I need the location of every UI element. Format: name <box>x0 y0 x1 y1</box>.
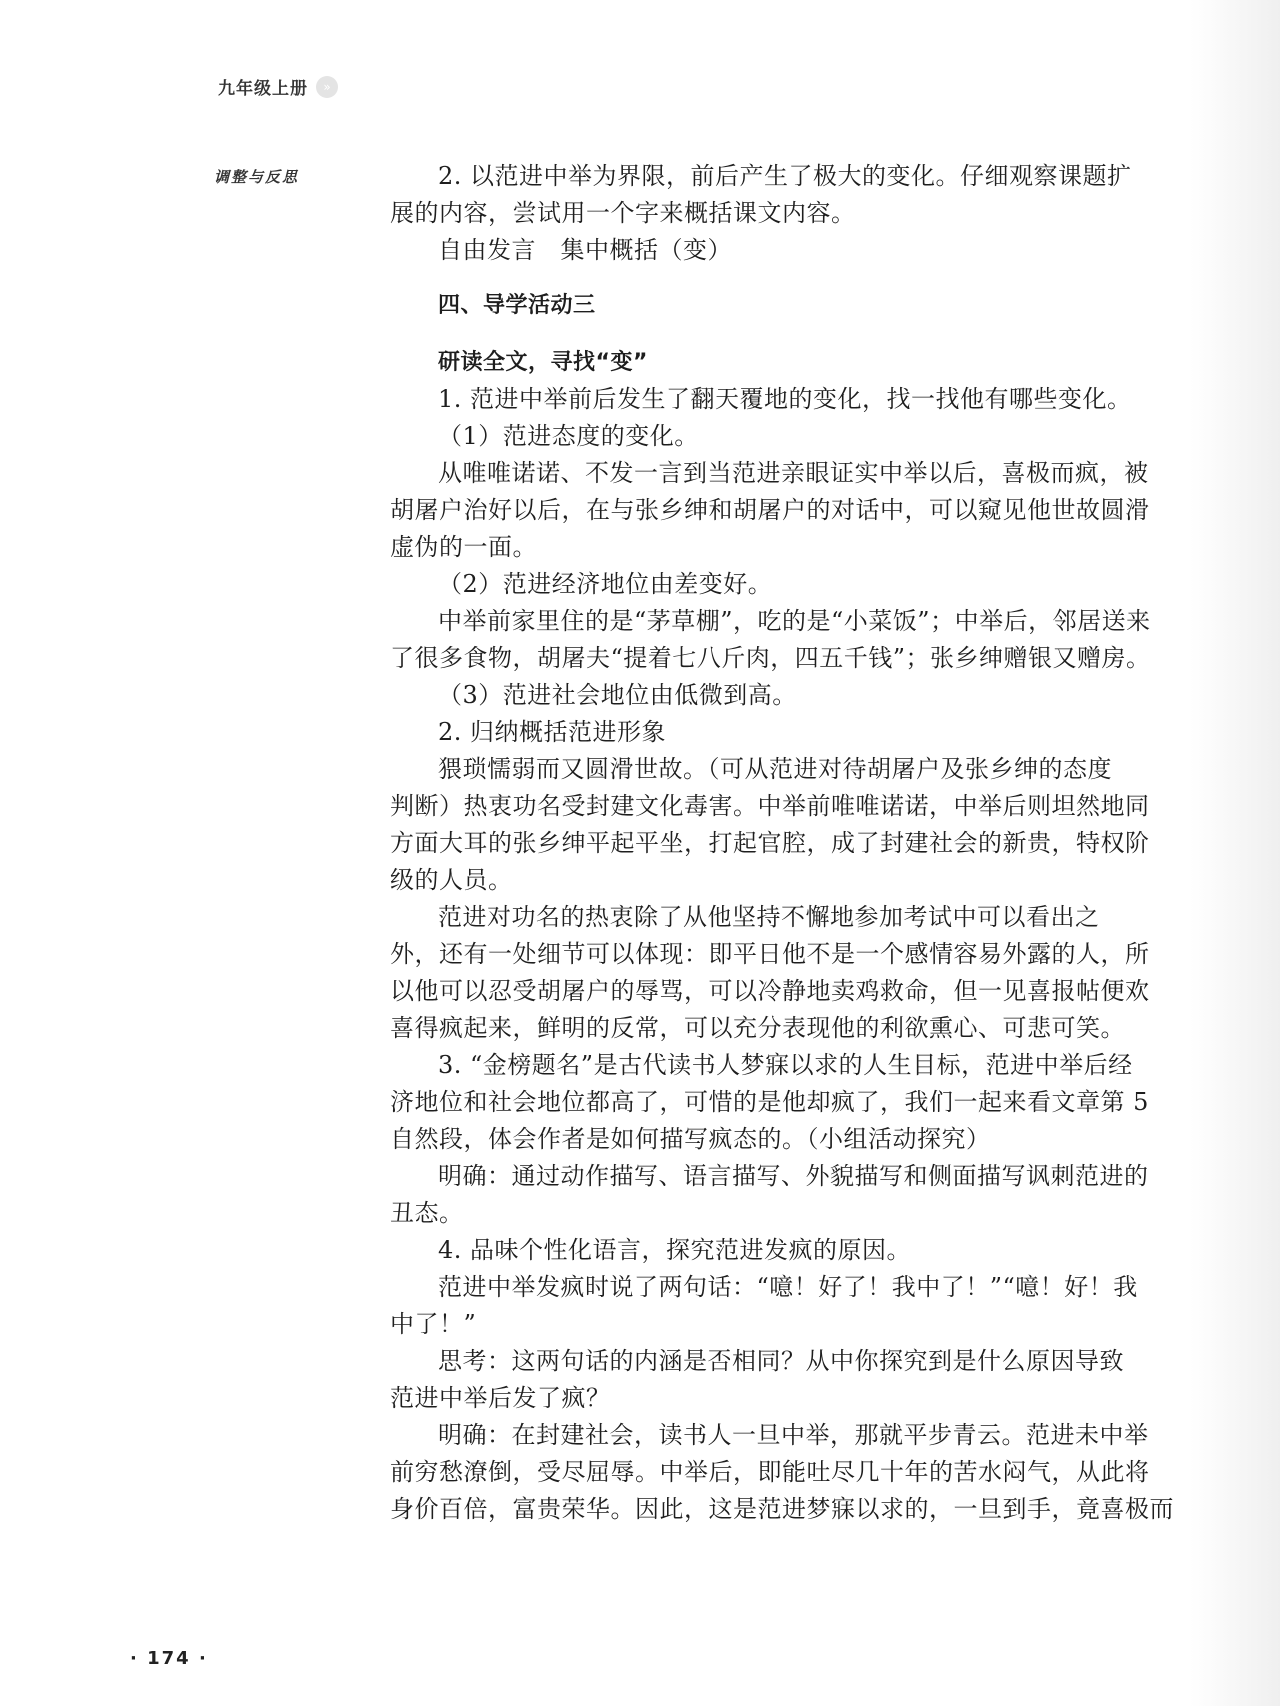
text-line: 自由发言 集中概括（变） <box>390 232 1150 269</box>
page-body: 2. 以范进中举为界限，前后产生了极大的变化。仔细观察课题扩 展的内容，尝试用一… <box>390 158 1150 1528</box>
text-line: 中举前家里住的是“茅草棚”，吃的是“小菜饭”；中举后，邻居送来 <box>390 603 1150 640</box>
text-line: 自然段，体会作者是如何描写疯态的。（小组活动探究） <box>390 1121 1150 1158</box>
text-line: 济地位和社会地位都高了，可惜的是他却疯了，我们一起来看文章第 5 <box>390 1084 1150 1121</box>
text-line: 方面大耳的张乡绅平起平坐，打起官腔，成了封建社会的新贵，特权阶 <box>390 825 1150 862</box>
text-line: 1. 范进中举前后发生了翻天覆地的变化，找一找他有哪些变化。 <box>390 381 1150 418</box>
text-line: 范进中举后发了疯？ <box>390 1380 1150 1417</box>
text-line: 从唯唯诺诺、不发一言到当范进亲眼证实中举以后，喜极而疯，被 <box>390 455 1150 492</box>
text-line: 猥琐懦弱而又圆滑世故。（可从范进对待胡屠户及张乡绅的态度 <box>390 751 1150 788</box>
text-line: 3. “金榜题名”是古代读书人梦寐以求的人生目标，范进中举后经 <box>390 1047 1150 1084</box>
text-line: 范进对功名的热衷除了从他坚持不懈地参加考试中可以看出之 <box>390 899 1150 936</box>
text-line: 了很多食物，胡屠夫“提着七八斤肉，四五千钱”；张乡绅赠银又赠房。 <box>390 640 1150 677</box>
running-header: 九年级上册 » <box>218 74 338 99</box>
text-line: 身价百倍，富贵荣华。因此，这是范进梦寐以求的，一旦到手，竟喜极而 <box>390 1491 1150 1528</box>
text-line: 中了！” <box>390 1306 1150 1343</box>
text-line: 以他可以忍受胡屠户的辱骂，可以冷静地卖鸡救命，但一见喜报帖便欢 <box>390 973 1150 1010</box>
text-line: 虚伪的一面。 <box>390 529 1150 566</box>
text-line: 范进中举发疯时说了两句话：“噫！好了！我中了！”“噫！好！我 <box>390 1269 1150 1306</box>
margin-note-label: 调整与反思 <box>214 166 299 187</box>
text-line: 前穷愁潦倒，受尽屈辱。中举后，即能吐尽几十年的苦水闷气，从此将 <box>390 1454 1150 1491</box>
text-line: 明确：通过动作描写、语言描写、外貌描写和侧面描写讽刺范进的 <box>390 1158 1150 1195</box>
text-line: 4. 品味个性化语言，探究范进发疯的原因。 <box>390 1232 1150 1269</box>
text-line: 2. 归纳概括范进形象 <box>390 714 1150 751</box>
text-line: 喜得疯起来，鲜明的反常，可以充分表现他的利欲熏心、可悲可笑。 <box>390 1010 1150 1047</box>
page-edge-shadow <box>1190 0 1280 1706</box>
text-line: 判断）热衷功名受封建文化毒害。中举前唯唯诺诺，中举后则坦然地同 <box>390 788 1150 825</box>
text-line: 胡屠户治好以后，在与张乡绅和胡屠户的对话中，可以窥见他世故圆滑 <box>390 492 1150 529</box>
text-line: （1）范进态度的变化。 <box>390 418 1150 455</box>
text-line: 明确：在封建社会，读书人一旦中举，那就平步青云。范进未中举 <box>390 1417 1150 1454</box>
text-line: （3）范进社会地位由低微到高。 <box>390 677 1150 714</box>
section-heading: 四、导学活动三 <box>390 287 1150 324</box>
page-number: · 174 · <box>130 1648 208 1669</box>
text-line: 思考：这两句话的内涵是否相同？从中你探究到是什么原因导致 <box>390 1343 1150 1380</box>
text-line: 2. 以范进中举为界限，前后产生了极大的变化。仔细观察课题扩 <box>390 158 1150 195</box>
text-line: 外，还有一处细节可以体现：即平日他不是一个感情容易外露的人，所 <box>390 936 1150 973</box>
book-volume-title: 九年级上册 <box>218 74 308 99</box>
text-line: 丑态。 <box>390 1195 1150 1232</box>
text-line: （2）范进经济地位由差变好。 <box>390 566 1150 603</box>
text-line: 级的人员。 <box>390 862 1150 899</box>
section-subheading: 研读全文，寻找“变” <box>390 344 1150 381</box>
double-chevron-right-icon: » <box>316 76 338 98</box>
text-line: 展的内容，尝试用一个字来概括课文内容。 <box>390 195 1150 232</box>
